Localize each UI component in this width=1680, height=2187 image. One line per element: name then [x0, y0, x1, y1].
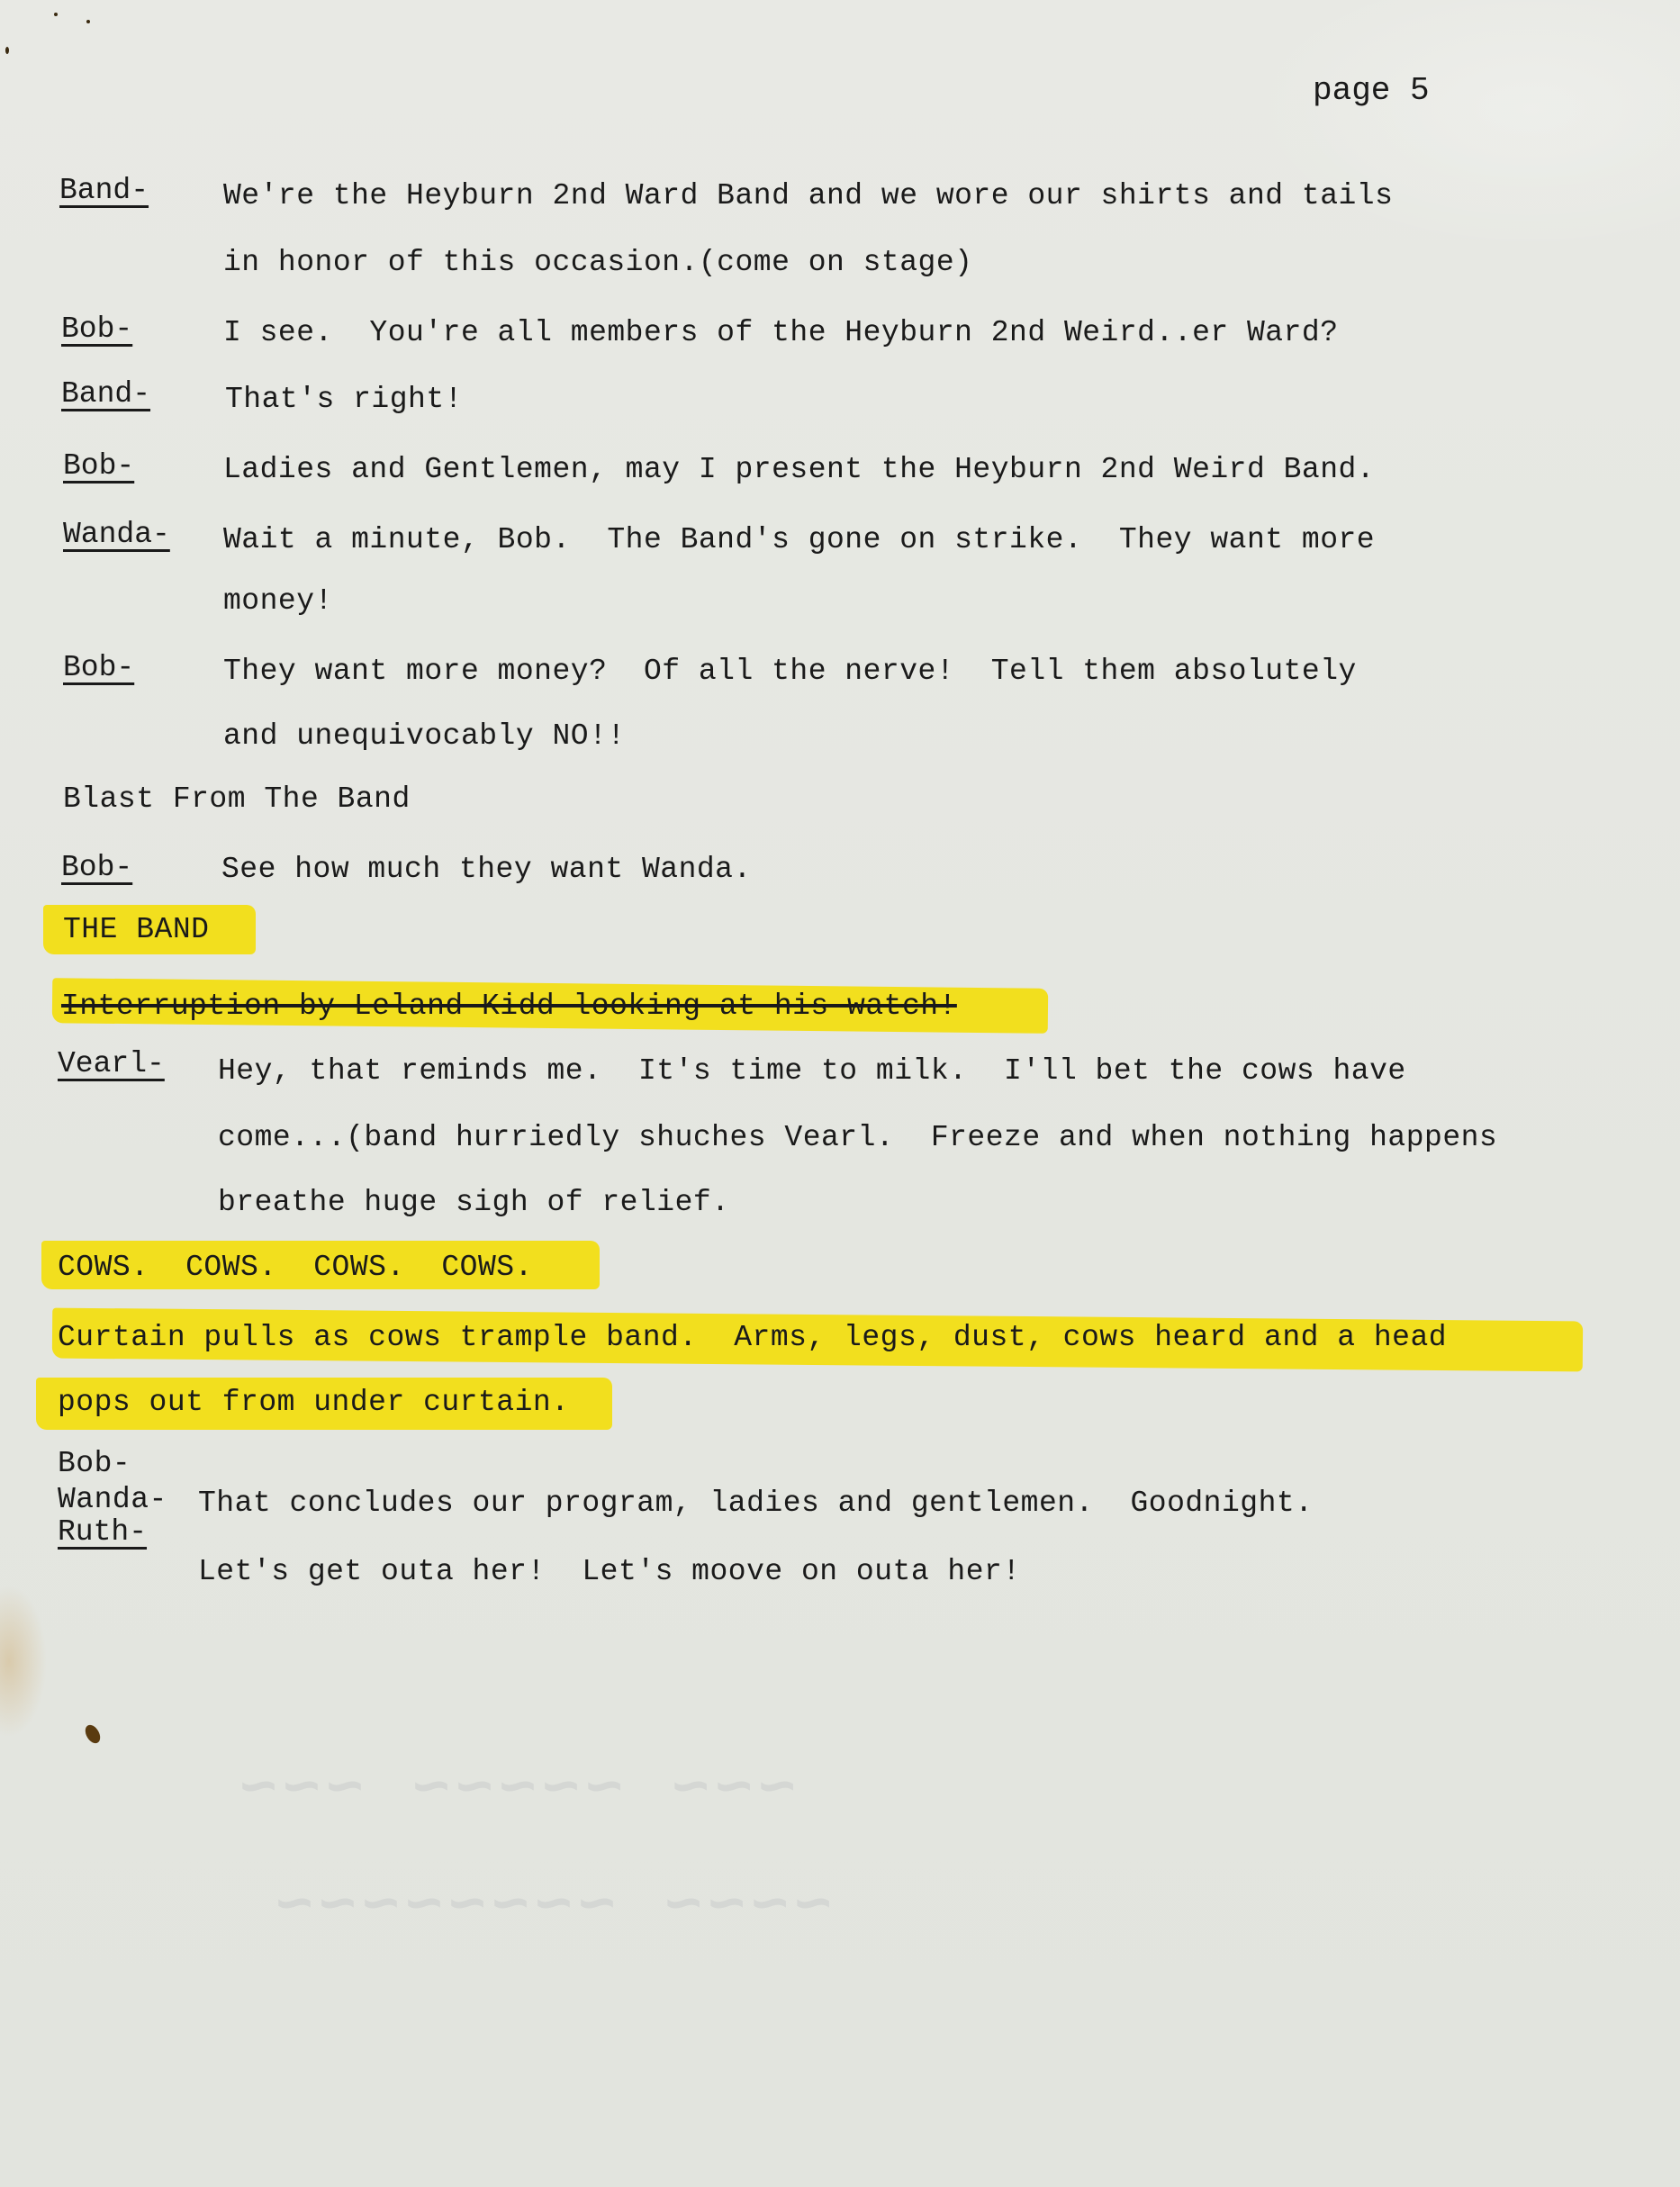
dialogue-line: Hey, that reminds me. It's time to milk.…	[218, 1053, 1406, 1089]
dialogue-line: Ladies and Gentlemen, may I present the …	[223, 452, 1375, 488]
speaker-label: Bob-	[61, 312, 132, 348]
speaker-label: Wanda-	[63, 517, 170, 553]
stage-direction: Blast From The Band	[63, 782, 411, 818]
dialogue-line: come...(band hurriedly shuches Vearl. Fr…	[218, 1120, 1497, 1156]
dialogue-line: See how much they want Wanda.	[221, 852, 752, 888]
speaker-label: Bob-	[58, 1446, 131, 1482]
highlighted-stage-direction: pops out from under curtain.	[58, 1385, 570, 1421]
page-number: page 5	[1313, 72, 1430, 109]
bleed-through-text: ~~~ ~~~~~ ~~~	[234, 1756, 796, 1827]
highlighted-stage-direction: COWS. COWS. COWS. COWS.	[58, 1250, 533, 1286]
speaker-label: Bob-	[63, 650, 134, 686]
dialogue-line: breathe huge sigh of relief.	[218, 1185, 730, 1221]
dialogue-line: Let's get outa her! Let's moove on outa …	[198, 1554, 1021, 1590]
speaker-label: Wanda-	[58, 1482, 167, 1518]
dialogue-line: in honor of this occasion.(come on stage…	[223, 245, 972, 281]
struck-out-line: Interruption by Leland Kidd looking at h…	[61, 989, 957, 1025]
dialogue-line: money!	[223, 583, 333, 619]
corner-mark	[5, 47, 9, 54]
highlighted-stage-direction: THE BAND	[63, 912, 209, 948]
highlighted-stage-direction: Curtain pulls as cows trample band. Arms…	[58, 1320, 1447, 1356]
corner-mark	[86, 20, 90, 23]
speaker-label: Bob-	[61, 850, 132, 886]
dialogue-line: Wait a minute, Bob. The Band's gone on s…	[223, 522, 1375, 558]
dialogue-line: That concludes our program, ladies and g…	[198, 1486, 1314, 1522]
speaker-label: Band-	[59, 173, 149, 209]
speaker-label: Ruth-	[58, 1514, 147, 1550]
speaker-label: Vearl-	[58, 1046, 165, 1082]
dialogue-line: We're the Heyburn 2nd Ward Band and we w…	[223, 178, 1393, 214]
bleed-through-text: ~~~~ ~~~~~~~~	[270, 1873, 832, 1944]
dialogue-line: They want more money? Of all the nerve! …	[223, 654, 1357, 690]
dialogue-line: I see. You're all members of the Heyburn…	[223, 315, 1339, 351]
speaker-label: Bob-	[63, 448, 134, 484]
dialogue-line: That's right!	[225, 382, 463, 418]
corner-mark	[54, 13, 58, 16]
speaker-label: Band-	[61, 376, 150, 412]
dialogue-line: and unequivocably NO!!	[223, 718, 626, 755]
